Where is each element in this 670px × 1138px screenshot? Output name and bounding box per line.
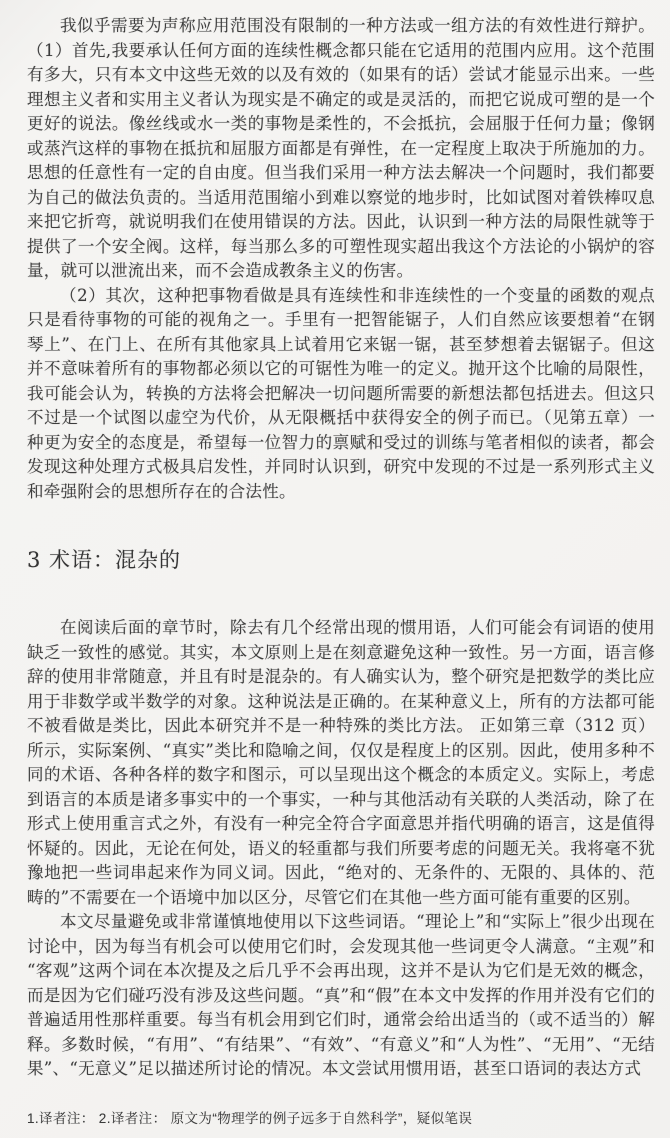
paragraph-terminology-2: 本文尽量避免或非常谨慎地使用以下这些词语。“理论上”和“实际上”很少出现在讨论中…: [27, 910, 655, 1082]
paragraph-method-defense-2: （2）其次，这种把事物看做是具有连续性和非连续性的一个变量的函数的观点只是看待事…: [27, 284, 655, 505]
paragraph-terminology-1: 在阅读后面的章节时，除去有几个经常出现的惯用语，人们可能会有词语的使用缺乏一致性…: [27, 616, 655, 910]
book-page: 我似乎需要为声称应用范围没有限制的一种方法或一组方法的有效性进行辩护。（1）首先…: [0, 0, 670, 1138]
translator-footnote: 1.译者注： 2.译者注： 原文为“物理学的例子远多于自然科学”，疑似笔误: [27, 1110, 655, 1128]
section-heading-terminology: 3 术语：混杂的: [27, 544, 655, 574]
paragraph-method-defense-1: 我似乎需要为声称应用范围没有限制的一种方法或一组方法的有效性进行辩护。（1）首先…: [27, 14, 655, 284]
